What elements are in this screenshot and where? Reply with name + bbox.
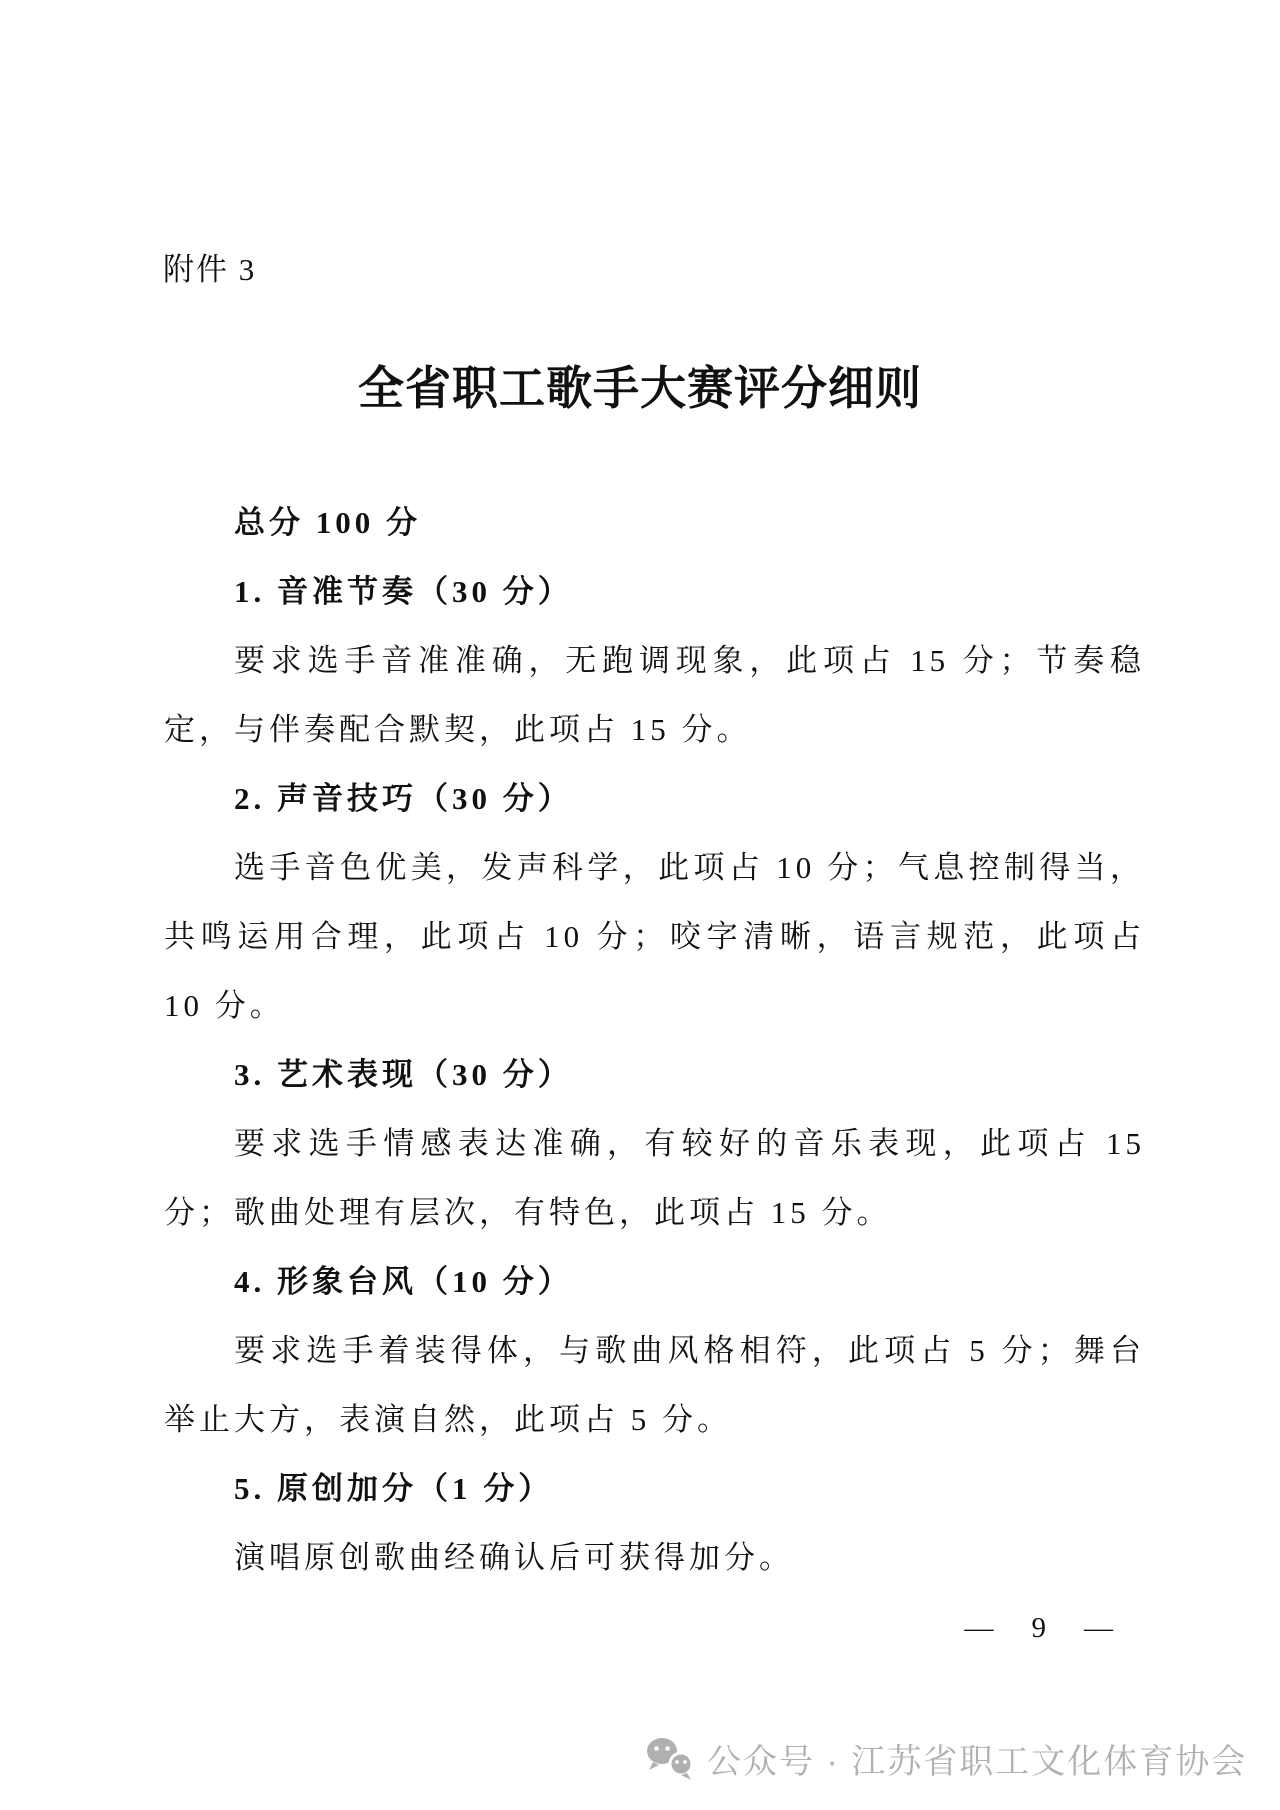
section-1-heading: 1. 音准节奏（30 分） xyxy=(164,557,1145,626)
section-2-body: 选手音色优美，发声科学，此项占 10 分；气息控制得当，共鸣运用合理，此项占 1… xyxy=(164,833,1145,1040)
page-number: — 9 — xyxy=(965,1612,1114,1645)
watermark-text: 公众号 · 江苏省职工文化体育协会 xyxy=(707,1734,1247,1783)
attachment-label: 附件 3 xyxy=(163,244,256,289)
footer-watermark: 公众号 · 江苏省职工文化体育协会 xyxy=(645,1734,1247,1783)
document-body: 总分 100 分 1. 音准节奏（30 分） 要求选手音准准确，无跑调现象，此项… xyxy=(164,488,1145,1592)
section-1-body: 要求选手音准准确，无跑调现象，此项占 15 分；节奏稳定，与伴奏配合默契，此项占… xyxy=(164,626,1145,764)
page-title: 全省职工歌手大赛评分细则 xyxy=(0,352,1280,418)
page-number-value: 9 xyxy=(1032,1612,1047,1645)
page-number-dash-right: — xyxy=(1084,1612,1113,1645)
total-score-line: 总分 100 分 xyxy=(164,488,1145,557)
section-2-heading: 2. 声音技巧（30 分） xyxy=(164,764,1145,833)
section-4-body: 要求选手着装得体，与歌曲风格相符，此项占 5 分；舞台举止大方，表演自然，此项占… xyxy=(164,1316,1145,1454)
wechat-icon xyxy=(645,1736,697,1782)
document-page: 附件 3 全省职工歌手大赛评分细则 总分 100 分 1. 音准节奏（30 分）… xyxy=(0,0,1280,1810)
section-5-body: 演唱原创歌曲经确认后可获得加分。 xyxy=(164,1523,1145,1592)
section-3-heading: 3. 艺术表现（30 分） xyxy=(164,1040,1145,1109)
section-3-body: 要求选手情感表达准确，有较好的音乐表现，此项占 15 分；歌曲处理有层次，有特色… xyxy=(164,1109,1145,1247)
section-5-heading: 5. 原创加分（1 分） xyxy=(164,1454,1145,1523)
section-4-heading: 4. 形象台风（10 分） xyxy=(164,1247,1145,1316)
page-number-dash-left: — xyxy=(965,1612,994,1645)
